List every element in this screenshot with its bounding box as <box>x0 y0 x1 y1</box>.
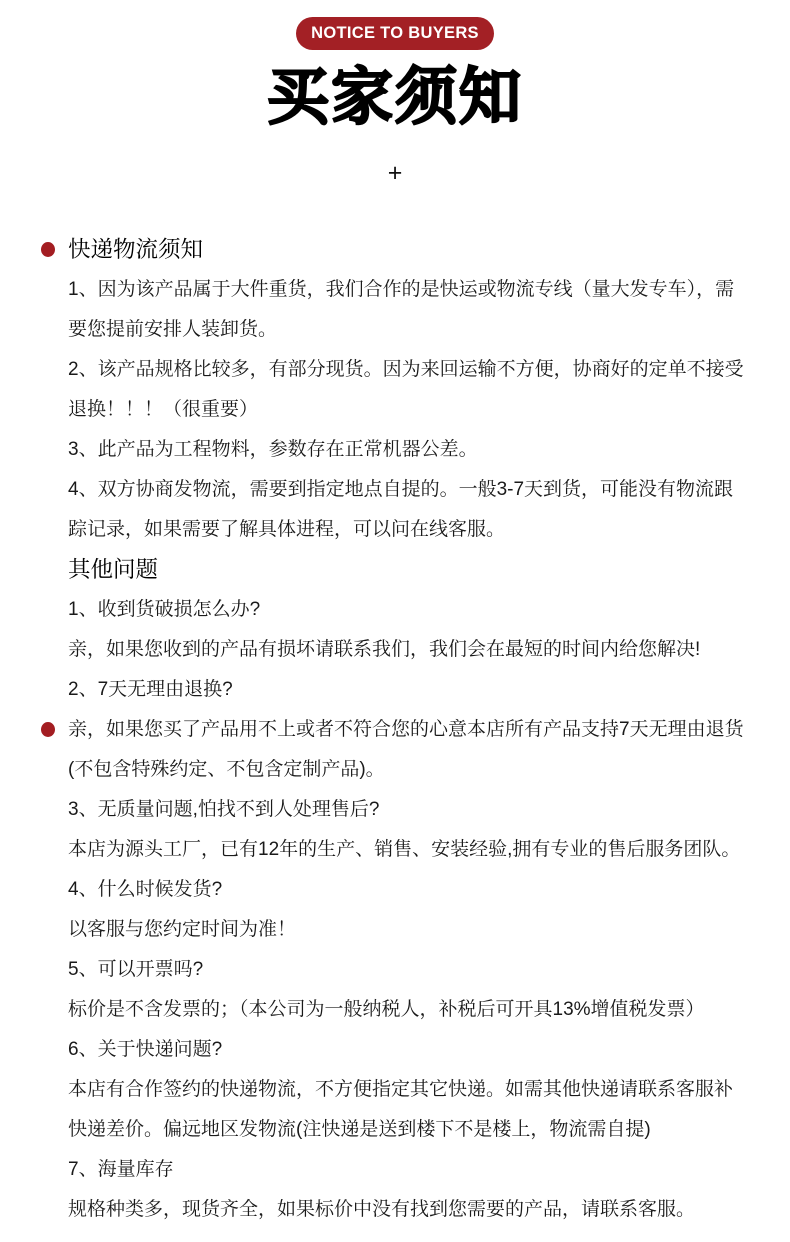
faq-question-4: 4、什么时候发货? <box>68 870 745 910</box>
notice-badge: NOTICE TO BUYERS <box>296 17 494 50</box>
notice-header: NOTICE TO BUYERS 买家须知 + <box>0 0 790 186</box>
section-heading-shipping-text: 快递物流须知 <box>68 237 203 262</box>
faq-question-6: 6、关于快递问题? <box>68 1030 745 1070</box>
faq-answer-4: 以客服与您约定时间为准！ <box>68 910 745 950</box>
red-dot-icon <box>41 242 55 257</box>
faq-question-3: 3、无质量问题,怕找不到人处理售后? <box>68 790 745 830</box>
faq-answer-6: 本店有合作签约的快递物流，不方便指定其它快递。如需其他快递请联系客服补快递差价。… <box>68 1070 745 1150</box>
shipping-note-1: 1、因为该产品属于大件重货，我们合作的是快运或物流专线（量大发专车），需要您提前… <box>68 270 745 350</box>
faq-answer-2-text: 亲，如果您买了产品用不上或者不符合您的心意本店所有产品支持7天无理由退货(不包含… <box>68 719 744 780</box>
faq-question-5: 5、可以开票吗? <box>68 950 745 990</box>
shipping-note-3: 3、此产品为工程物料，参数存在正常机器公差。 <box>68 430 745 470</box>
faq-answer-1: 亲，如果您收到的产品有损坏请联系我们，我们会在最短的时间内给您解决! <box>68 630 745 670</box>
section-heading-faq: 其他问题 <box>68 550 745 590</box>
faq-answer-5: 标价是不含发票的；（本公司为一般纳税人，补税后可开具13%增值税发票） <box>68 990 745 1030</box>
red-dot-icon <box>41 722 55 737</box>
faq-answer-7: 规格种类多，现货齐全，如果标价中没有找到您需要的产品，请联系客服。 <box>68 1190 745 1230</box>
shipping-note-4: 4、双方协商发物流，需要到指定地点自提的。一般3-7天到货，可能没有物流跟踪记录… <box>68 470 745 550</box>
faq-question-1: 1、收到货破损怎么办? <box>68 590 745 630</box>
section-heading-faq-text: 其他问题 <box>68 557 158 582</box>
section-heading-shipping: 快递物流须知 <box>68 230 745 270</box>
faq-answer-2: 亲，如果您买了产品用不上或者不符合您的心意本店所有产品支持7天无理由退货(不包含… <box>68 710 745 790</box>
faq-question-2: 2、7天无理由退换? <box>68 670 745 710</box>
shipping-note-2: 2、该产品规格比较多，有部分现货。因为来回运输不方便，协商好的定单不接受退换！！… <box>68 350 745 430</box>
notice-content: 快递物流须知 1、因为该产品属于大件重货，我们合作的是快运或物流专线（量大发专车… <box>0 230 790 1230</box>
faq-answer-3: 本店为源头工厂，已有12年的生产、销售、安装经验,拥有专业的售后服务团队。 <box>68 830 745 870</box>
plus-divider: + <box>0 160 790 186</box>
faq-question-7: 7、海量库存 <box>68 1150 745 1190</box>
page-title: 买家须知 <box>0 66 790 130</box>
